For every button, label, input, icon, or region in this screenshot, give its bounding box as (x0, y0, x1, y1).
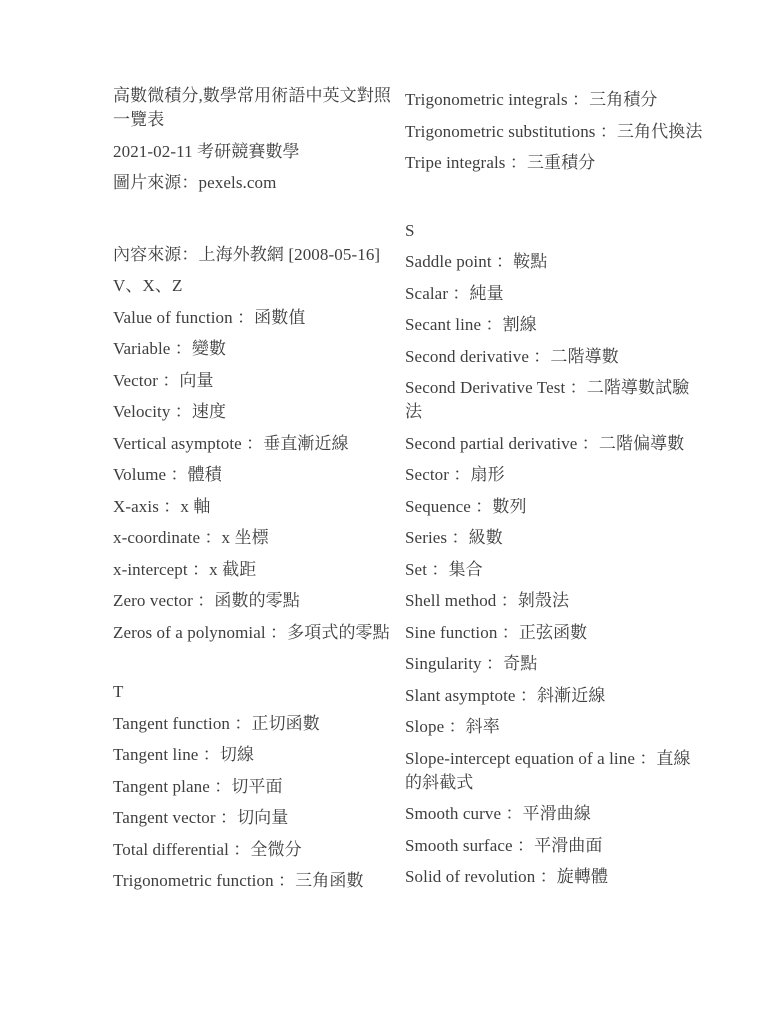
glossary-entry: Volume ：體積 (113, 463, 405, 487)
content-source-line: 內容來源：上海外教網 [2008-05-16] (113, 243, 405, 267)
section-heading-s: S (405, 219, 705, 243)
glossary-list-vxz: Value of function ：函數值 Variable ：變數 Vect… (113, 306, 405, 645)
glossary-entry: Trigonometric integrals ：三角積分 (405, 88, 705, 112)
glossary-section-s: S Saddle point ：鞍點 Scalar ：純量 Secant lin… (405, 219, 705, 890)
glossary-entry: Secant line ：割線 (405, 313, 705, 337)
glossary-entry: Sine function ：正弦函數 (405, 621, 705, 645)
glossary-entry: Smooth curve ：平滑曲線 (405, 802, 705, 826)
glossary-entry: Tangent vector ：切向量 (113, 806, 405, 830)
glossary-entry: Sequence ：數列 (405, 495, 705, 519)
glossary-entry: Scalar ：純量 (405, 282, 705, 306)
glossary-entry: Series ：級數 (405, 526, 705, 550)
glossary-entry: Vector ：向量 (113, 369, 405, 393)
section-heading-t: T (113, 680, 405, 704)
glossary-list-trig-continued: Trigonometric integrals ：三角積分 Trigonomet… (405, 88, 705, 175)
glossary-entry: Trigonometric substitutions ：三角代換法 (405, 120, 705, 144)
glossary-entry: Velocity ：速度 (113, 400, 405, 424)
glossary-entry: Solid of revolution ：旋轉體 (405, 865, 705, 889)
right-column: Trigonometric integrals ：三角積分 Trigonomet… (405, 88, 705, 897)
glossary-entry: Tangent function ：正切函數 (113, 712, 405, 736)
document-title: 高數微積分,數學常用術語中英文對照一覽表 (113, 84, 405, 132)
glossary-entry: Second Derivative Test ：二階導數試驗法 (405, 376, 705, 424)
vertical-spacer (113, 652, 405, 680)
glossary-entry: Saddle point ：鞍點 (405, 250, 705, 274)
glossary-entry: Tripe integrals ：三重積分 (405, 151, 705, 175)
glossary-entry: Vertical asymptote ：垂直漸近線 (113, 432, 405, 456)
glossary-entry: Slant asymptote ：斜漸近線 (405, 684, 705, 708)
glossary-entry: Slope ：斜率 (405, 715, 705, 739)
date-category-line: 2021-02-11 考研競賽數學 (113, 140, 405, 164)
glossary-entry: x-coordinate ：x 坐標 (113, 526, 405, 550)
glossary-entry: X-axis ：x 軸 (113, 495, 405, 519)
document-page: 高數微積分,數學常用術語中英文對照一覽表 2021-02-11 考研競賽數學 圖… (0, 0, 768, 1024)
glossary-entry: Variable ：變數 (113, 337, 405, 361)
left-column: 高數微積分,數學常用術語中英文對照一覽表 2021-02-11 考研競賽數學 圖… (113, 84, 405, 901)
glossary-list-s: Saddle point ：鞍點 Scalar ：純量 Secant line … (405, 250, 705, 889)
section-heading-vxz: V、X、Z (113, 274, 405, 298)
glossary-list-t: Tangent function ：正切函數 Tangent line ：切線 … (113, 712, 405, 894)
glossary-entry: Slope-intercept equation of a line ：直線的斜… (405, 747, 705, 795)
glossary-section-t: T Tangent function ：正切函數 Tangent line ：切… (113, 680, 405, 893)
glossary-entry: Second derivative ：二階導數 (405, 345, 705, 369)
glossary-entry: Set ：集合 (405, 558, 705, 582)
glossary-entry: Zeros of a polynomial ：多項式的零點 (113, 621, 405, 645)
vertical-spacer (113, 203, 405, 243)
glossary-entry: Singularity ：奇點 (405, 652, 705, 676)
glossary-entry: Shell method ：剝殼法 (405, 589, 705, 613)
glossary-entry: Zero vector ：函數的零點 (113, 589, 405, 613)
glossary-entry: Smooth surface ：平滑曲面 (405, 834, 705, 858)
glossary-entry: Value of function ：函數值 (113, 306, 405, 330)
glossary-entry: Total differential ：全微分 (113, 838, 405, 862)
vertical-spacer (405, 183, 705, 219)
glossary-entry: x-intercept ：x 截距 (113, 558, 405, 582)
image-source-line: 圖片來源：pexels.com (113, 171, 405, 195)
glossary-entry: Tangent plane ：切平面 (113, 775, 405, 799)
glossary-section-vxz: V、X、Z Value of function ：函數值 Variable ：變… (113, 274, 405, 645)
glossary-entry: Sector ：扇形 (405, 463, 705, 487)
glossary-entry: Second partial derivative ：二階偏導數 (405, 432, 705, 456)
glossary-entry: Tangent line ：切線 (113, 743, 405, 767)
glossary-entry: Trigonometric function ：三角函數 (113, 869, 405, 893)
